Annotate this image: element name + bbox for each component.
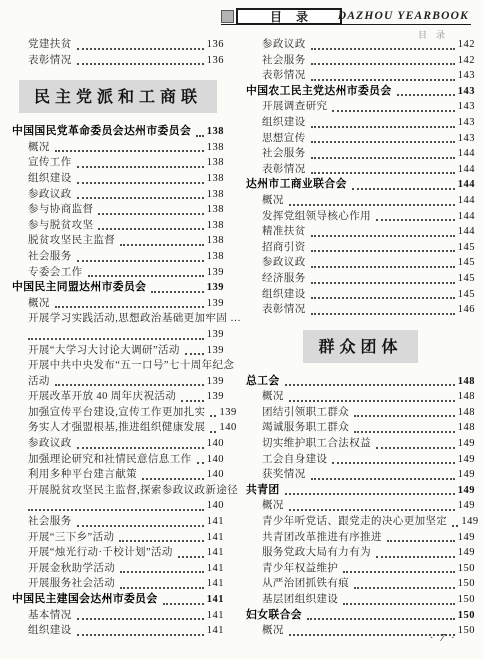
toc-entry-page: 143 [458, 131, 475, 147]
toc-entry-sub: 开展“三下乡”活动141 [12, 530, 224, 546]
toc-entry-title: 竭诚服务职工群众 [262, 420, 349, 436]
toc-entry-title: 青少年权益维护 [262, 561, 338, 577]
toc-entry-page: 148 [458, 374, 475, 390]
toc-entry-page: 142 [458, 53, 475, 69]
toc-entry-sub: 组织建设145 [246, 287, 475, 303]
toc-entry-sub: 社会服务141 [12, 514, 224, 530]
toc-entry-page: 144 [458, 224, 475, 240]
yearbook-title: DAZHOU YEARBOOK [338, 10, 469, 22]
toc-entry-continuation: 140 [12, 498, 224, 514]
page-number: · 7 · [430, 633, 456, 644]
dotted-leader [376, 219, 455, 221]
dotted-leader [343, 603, 454, 605]
toc-entry-sub: 概况148 [246, 389, 475, 405]
toc-entry-title: 招商引资 [262, 240, 306, 256]
dotted-leader [77, 166, 204, 168]
toc-entry-sub: 团结引领职工群众148 [246, 405, 475, 421]
section-heading-block: 民主党派和工商联 [12, 80, 224, 113]
toc-entry-title: 团结引领职工群众 [262, 405, 349, 421]
toc-entry-page: 146 [458, 302, 475, 318]
toc-entry-title: 中国民主建国会达州市委员会 [12, 592, 158, 608]
toc-entry-sub: 表彰情况146 [246, 302, 475, 318]
toc-entry-title: 工会自身建设 [262, 452, 327, 468]
toc-entry-title: 共青团改革推进有序推进 [262, 530, 382, 546]
toc-entry-title: 中国国民党革命委员会达州市委员会 [12, 124, 191, 140]
toc-entry-sub: 参与脱贫攻坚138 [12, 218, 224, 234]
section-heading-block: 群众团体 [246, 330, 475, 363]
dotted-leader [452, 525, 458, 527]
toc-entry-page: 149 [458, 530, 475, 546]
toc-entry-page: 150 [458, 623, 475, 639]
toc-entry-sub: 社会服务138 [12, 249, 224, 265]
toc-entry-page: 139 [207, 374, 224, 390]
toc-entry-sub: 竭诚服务职工群众148 [246, 420, 475, 436]
toc-title-box: 目录 [236, 8, 342, 25]
dotted-leader [332, 110, 454, 112]
toc-entry-title: 发挥党组领导核心作用 [262, 209, 371, 225]
toc-entry-page: 150 [458, 592, 475, 608]
toc-entry-sub: 开展学习实践活动,思想政治基础更加牢固 … [12, 311, 224, 327]
toc-entry-page: 149 [461, 514, 478, 530]
toc-entry-page: 141 [207, 592, 224, 608]
toc-entry-sub: 概况139 [12, 296, 224, 312]
dotted-leader [311, 235, 455, 237]
toc-entry-page: 148 [458, 420, 475, 436]
toc-entry-page: 138 [207, 202, 224, 218]
toc-entry-title: 社会服务 [262, 53, 306, 69]
toc-entry-page: 139 [219, 405, 236, 421]
toc-entry-sub: 组织建设143 [246, 115, 475, 131]
toc-entry-title: 共青团 [246, 483, 280, 499]
dotted-leader [28, 509, 204, 511]
toc-entry-title: 社会服务 [28, 249, 72, 265]
toc-entry-page: 138 [207, 140, 224, 156]
toc-entry-page: 149 [458, 452, 475, 468]
toc-entry-page: 149 [458, 436, 475, 452]
toc-entry-title: 切实维护职工合法权益 [262, 436, 371, 452]
dotted-leader [307, 618, 455, 620]
toc-entry-title: 总工会 [246, 374, 280, 390]
dotted-leader [354, 431, 455, 433]
toc-entry-page: 136 [207, 37, 224, 53]
toc-entry-sub: 开展金秋助学活动141 [12, 561, 224, 577]
dotted-leader [311, 141, 455, 143]
toc-entry-page: 140 [207, 467, 224, 483]
toc-entry-page: 138 [207, 155, 224, 171]
toc-entry-title: 组织建设 [28, 171, 72, 187]
toc-entry-sub: 基层团组织建设150 [246, 592, 475, 608]
toc-entry-title: 思想宣传 [262, 131, 306, 147]
dotted-leader [197, 462, 204, 464]
toc-entry-title: 基本情况 [28, 608, 72, 624]
dotted-leader [77, 48, 204, 50]
toc-entry-sub: 基本情况141 [12, 608, 224, 624]
toc-entry-page: 140 [207, 498, 224, 514]
toc-entry-sub: 专委会工作139 [12, 265, 224, 281]
header-rule [221, 24, 471, 25]
dotted-leader [343, 571, 454, 573]
toc-page: 目录 DAZHOU YEARBOOK 目录 党建扶贫136表彰情况136民主党派… [0, 0, 484, 659]
toc-entry-title: 组织建设 [262, 287, 306, 303]
toc-entry-sub: 务实人才强盟根基,推进组织健康发展140 [12, 420, 224, 436]
toc-entry-sub: 参政议政138 [12, 187, 224, 203]
toc-entry-sub: 概况149 [246, 498, 475, 514]
toc-column-right: 参政议政142社会服务142表彰情况143中国农工民主党达州市委员会143开展调… [246, 37, 475, 639]
toc-entry-sub: 社会服务142 [246, 53, 475, 69]
toc-entry-continuation: 139 [12, 327, 224, 343]
toc-entry-title: 开展“烛光行动·千校计划”活动 [28, 545, 173, 561]
toc-entry-title: 利用多种平台建言献策 [28, 467, 137, 483]
toc-entry-page: 145 [458, 287, 475, 303]
toc-entry-page: 149 [458, 545, 475, 561]
toc-entry-title: 加强理论研究和社情民意信息工作 [28, 452, 192, 468]
toc-entry-sub: 开展“烛光行动·千校计划”活动141 [12, 545, 224, 561]
section-heading: 民主党派和工商联 [19, 80, 217, 113]
toc-entry-title: 社会服务 [28, 514, 72, 530]
toc-entry-title: 组织建设 [262, 115, 306, 131]
toc-entry-title: 专委会工作 [28, 265, 83, 281]
toc-entry-page: 148 [458, 405, 475, 421]
toc-entry-sub: 开展中共中央发布“五一口号”七十周年纪念 [12, 358, 224, 374]
toc-entry-title: 参与脱贫攻坚 [28, 218, 93, 234]
dotted-leader [311, 250, 455, 252]
dotted-leader [354, 415, 455, 417]
toc-entry-title: 脱贫攻坚民主监督 [28, 233, 115, 249]
toc-entry-page: 140 [207, 452, 224, 468]
toc-entry-sub: 青少年听党话、跟党走的决心更加坚定149 [246, 514, 475, 530]
toc-entry-page: 141 [207, 561, 224, 577]
dotted-leader [142, 478, 204, 480]
toc-entry-page: 138 [207, 187, 224, 203]
dotted-leader [289, 400, 455, 402]
toc-entry-sub: 思想宣传143 [246, 131, 475, 147]
dotted-leader [289, 204, 455, 206]
toc-entry-sub: 概况144 [246, 193, 475, 209]
dotted-leader [311, 79, 455, 81]
toc-entry-page: 141 [207, 530, 224, 546]
toc-entry-sub: 经济服务145 [246, 271, 475, 287]
dotted-leader [311, 48, 455, 50]
toc-entry-title: 从严治团抓铁有痕 [262, 576, 349, 592]
dotted-leader [311, 313, 455, 315]
dotted-leader [77, 182, 204, 184]
toc-entry-sub: 服务党政大局有力有为149 [246, 545, 475, 561]
toc-entry-sub: 组织建设138 [12, 171, 224, 187]
dotted-leader [120, 244, 204, 246]
toc-entry-sub: 组织建设141 [12, 623, 224, 639]
toc-entry-sub: 青少年权益维护150 [246, 561, 475, 577]
toc-entry-page: 141 [207, 514, 224, 530]
toc-entry-page: 143 [458, 115, 475, 131]
toc-entry-title: 参政议政 [28, 436, 72, 452]
toc-entry-title: 宣传工作 [28, 155, 72, 171]
toc-entry-sub: 参政议政145 [246, 255, 475, 271]
dotted-leader [98, 213, 203, 215]
toc-entry-sub: 表彰情况136 [12, 53, 224, 69]
toc-entry-page: 138 [207, 249, 224, 265]
toc-entry-title: 开展服务社会活动 [28, 576, 115, 592]
header-ornament-square [221, 10, 234, 23]
toc-entry-page: 149 [458, 498, 475, 514]
toc-entry-page: 139 [207, 327, 224, 343]
toc-entry-sub: 概况138 [12, 140, 224, 156]
dotted-leader [185, 353, 204, 355]
toc-entry-main: 中国民主同盟达州市委员会139 [12, 280, 224, 296]
toc-entry-page: 145 [458, 271, 475, 287]
toc-entry-title: 妇女联合会 [246, 608, 302, 624]
toc-entry-page: 136 [207, 53, 224, 69]
toc-entry-main: 总工会148 [246, 374, 475, 390]
dotted-leader [163, 603, 204, 605]
dotted-leader [196, 135, 204, 137]
dotted-leader [55, 384, 204, 386]
toc-entry-sub: 发挥党组领导核心作用144 [246, 209, 475, 225]
toc-entry-sub: 表彰情况144 [246, 162, 475, 178]
toc-entry-page: 139 [207, 265, 224, 281]
dotted-leader [98, 228, 203, 230]
toc-entry-title: 精准扶贫 [262, 224, 306, 240]
toc-entry-title: 开展“大学习大讨论大调研”活动 [28, 343, 180, 359]
toc-entry-sub: 开展调查研究143 [246, 99, 475, 115]
toc-entry-title: 表彰情况 [262, 162, 306, 178]
toc-title: 目录 [270, 8, 322, 25]
toc-entry-page: 139 [207, 296, 224, 312]
toc-entry-title: 概况 [28, 296, 50, 312]
toc-entry-sub: 开展脱贫攻坚民主监督,探索参政议政新途径 [12, 483, 224, 499]
dotted-leader [311, 478, 455, 480]
toc-entry-title: 开展学习实践活动,思想政治基础更加牢固 … [28, 311, 241, 327]
dotted-leader [332, 462, 454, 464]
toc-entry-title: 表彰情况 [262, 302, 306, 318]
toc-entry-title: 达州市工商业联合会 [246, 177, 347, 193]
toc-entry-page: 139 [207, 389, 224, 405]
toc-entry-sub: 参政议政142 [246, 37, 475, 53]
toc-entry-sub: 开展服务社会活动141 [12, 576, 224, 592]
dotted-leader [181, 400, 204, 402]
toc-entry-title: 中国农工民主党达州市委员会 [246, 84, 392, 100]
dotted-leader [311, 63, 455, 65]
toc-entry-page: 143 [458, 68, 475, 84]
dotted-leader [311, 172, 455, 174]
dotted-leader [210, 431, 216, 433]
dotted-leader [77, 260, 204, 262]
dotted-leader [151, 291, 203, 293]
toc-entry-title: 表彰情况 [28, 53, 72, 69]
dotted-leader [119, 540, 203, 542]
dotted-leader [77, 618, 204, 620]
toc-entry-page: 150 [458, 561, 475, 577]
toc-entry-sub: 脱贫攻坚民主监督138 [12, 233, 224, 249]
toc-entry-page: 144 [458, 209, 475, 225]
dotted-leader [397, 94, 455, 96]
toc-entry-title: 获奖情况 [262, 467, 306, 483]
toc-entry-main: 共青团149 [246, 483, 475, 499]
section-heading: 群众团体 [303, 330, 417, 363]
dotted-leader [289, 509, 455, 511]
toc-entry-page: 149 [458, 483, 475, 499]
toc-entry-title: 概况 [262, 498, 284, 514]
toc-entry-sub: 参政议政140 [12, 436, 224, 452]
dotted-leader [55, 150, 204, 152]
toc-entry-sub: 参与协商监督138 [12, 202, 224, 218]
toc-entry-title: 经济服务 [262, 271, 306, 287]
toc-entry-sub: 利用多种平台建言献策140 [12, 467, 224, 483]
toc-entry-page: 139 [207, 280, 224, 296]
toc-entry-title: 开展脱贫攻坚民主监督,探索参政议政新途径 [28, 483, 238, 499]
toc-entry-title: 参政议政 [28, 187, 72, 203]
toc-entry-sub: 从严治团抓铁有痕150 [246, 576, 475, 592]
toc-entry-page: 139 [207, 343, 224, 359]
toc-entry-sub: 切实维护职工合法权益149 [246, 436, 475, 452]
toc-entry-title: 加强宣传平台建设,宣传工作更加扎实 [28, 405, 205, 421]
toc-entry-title: 务实人才强盟根基,推进组织健康发展 [28, 420, 205, 436]
toc-entry-sub: 开展“大学习大讨论大调研”活动139 [12, 343, 224, 359]
toc-entry-page: 145 [458, 255, 475, 271]
toc-entry-sub: 工会自身建设149 [246, 452, 475, 468]
toc-entry-title: 活动 [28, 374, 50, 390]
toc-entry-sub: 表彰情况143 [246, 68, 475, 84]
toc-entry-main: 妇女联合会150 [246, 608, 475, 624]
dotted-leader [77, 63, 204, 65]
toc-column-left: 党建扶贫136表彰情况136民主党派和工商联中国国民党革命委员会达州市委员会13… [12, 37, 224, 639]
toc-entry-page: 138 [207, 171, 224, 187]
toc-entry-page: 141 [207, 623, 224, 639]
toc-entry-sub: 开展改革开放 40 周年庆祝活动139 [12, 389, 224, 405]
toc-entry-title: 党建扶贫 [28, 37, 72, 53]
toc-entry-sub: 社会服务144 [246, 146, 475, 162]
dotted-leader [88, 275, 204, 277]
dotted-leader [77, 525, 204, 527]
dotted-leader [285, 384, 455, 386]
toc-entry-page: 140 [219, 420, 236, 436]
dotted-leader [55, 306, 204, 308]
toc-entry-title: 参政议政 [262, 255, 306, 271]
toc-entry-title: 开展金秋助学活动 [28, 561, 115, 577]
toc-entry-sub: 共青团改革推进有序推进149 [246, 530, 475, 546]
toc-entry-title: 开展调查研究 [262, 99, 327, 115]
toc-entry-title: 概况 [262, 623, 284, 639]
toc-entry-page: 144 [458, 193, 475, 209]
toc-entry-page: 141 [207, 545, 224, 561]
toc-entry-title: 概况 [28, 140, 50, 156]
toc-entry-title: 开展改革开放 40 周年庆祝活动 [28, 389, 176, 405]
toc-entry-title: 组织建设 [28, 623, 72, 639]
dotted-leader [352, 188, 455, 190]
dotted-leader [178, 556, 204, 558]
dotted-leader [354, 587, 455, 589]
toc-entry-sub: 加强理论研究和社情民意信息工作140 [12, 452, 224, 468]
toc-entry-title: 开展中共中央发布“五一口号”七十周年纪念 [28, 358, 234, 374]
dotted-leader [77, 634, 204, 636]
toc-entry-page: 138 [207, 233, 224, 249]
toc-entry-title: 开展“三下乡”活动 [28, 530, 114, 546]
toc-entry-title: 社会服务 [262, 146, 306, 162]
toc-entry-page: 142 [458, 37, 475, 53]
dotted-leader [311, 282, 455, 284]
toc-entry-page: 148 [458, 389, 475, 405]
dotted-leader [77, 447, 204, 449]
toc-entry-page: 143 [458, 99, 475, 115]
toc-entry-sub: 党建扶贫136 [12, 37, 224, 53]
toc-entry-title: 服务党政大局有力有为 [262, 545, 371, 561]
dotted-leader [311, 126, 455, 128]
toc-entry-main: 达州市工商业联合会144 [246, 177, 475, 193]
dotted-leader [120, 587, 204, 589]
dotted-leader [311, 266, 455, 268]
toc-entry-page: 150 [458, 576, 475, 592]
toc-entry-continuation: 活动139 [12, 374, 224, 390]
dotted-leader [210, 415, 216, 417]
toc-entry-main: 中国农工民主党达州市委员会143 [246, 84, 475, 100]
dotted-leader [120, 571, 204, 573]
toc-entry-page: 149 [458, 467, 475, 483]
toc-entry-sub: 宣传工作138 [12, 155, 224, 171]
dotted-leader [311, 157, 455, 159]
toc-entry-title: 参政议政 [262, 37, 306, 53]
toc-entry-main: 中国国民党革命委员会达州市委员会138 [12, 124, 224, 140]
dotted-leader [376, 556, 455, 558]
toc-entry-page: 138 [207, 218, 224, 234]
toc-entry-sub: 加强宣传平台建设,宣传工作更加扎实139 [12, 405, 224, 421]
toc-entry-page: 144 [458, 177, 475, 193]
toc-entry-title: 表彰情况 [262, 68, 306, 84]
toc-entry-main: 中国民主建国会达州市委员会141 [12, 592, 224, 608]
dotted-leader [285, 493, 455, 495]
toc-entry-title: 中国民主同盟达州市委员会 [12, 280, 146, 296]
toc-entry-sub: 精准扶贫144 [246, 224, 475, 240]
toc-entry-title: 基层团组织建设 [262, 592, 338, 608]
toc-entry-page: 141 [207, 576, 224, 592]
toc-entry-page: 144 [458, 162, 475, 178]
dotted-leader [28, 338, 204, 340]
toc-entry-page: 141 [207, 608, 224, 624]
toc-entry-sub: 获奖情况149 [246, 467, 475, 483]
dotted-leader [311, 297, 455, 299]
toc-entry-page: 150 [458, 608, 475, 624]
toc-entry-page: 144 [458, 146, 475, 162]
toc-entry-title: 概况 [262, 389, 284, 405]
dotted-leader [387, 540, 455, 542]
toc-entry-page: 143 [458, 84, 475, 100]
toc-entry-page: 145 [458, 240, 475, 256]
toc-entry-page: 140 [207, 436, 224, 452]
toc-entry-title: 青少年听党话、跟党走的决心更加坚定 [262, 514, 447, 530]
toc-entry-title: 概况 [262, 193, 284, 209]
dotted-leader [376, 447, 455, 449]
toc-entry-page: 138 [207, 124, 224, 140]
toc-entry-title: 参与协商监督 [28, 202, 93, 218]
dotted-leader [77, 197, 204, 199]
toc-entry-sub: 招商引资145 [246, 240, 475, 256]
